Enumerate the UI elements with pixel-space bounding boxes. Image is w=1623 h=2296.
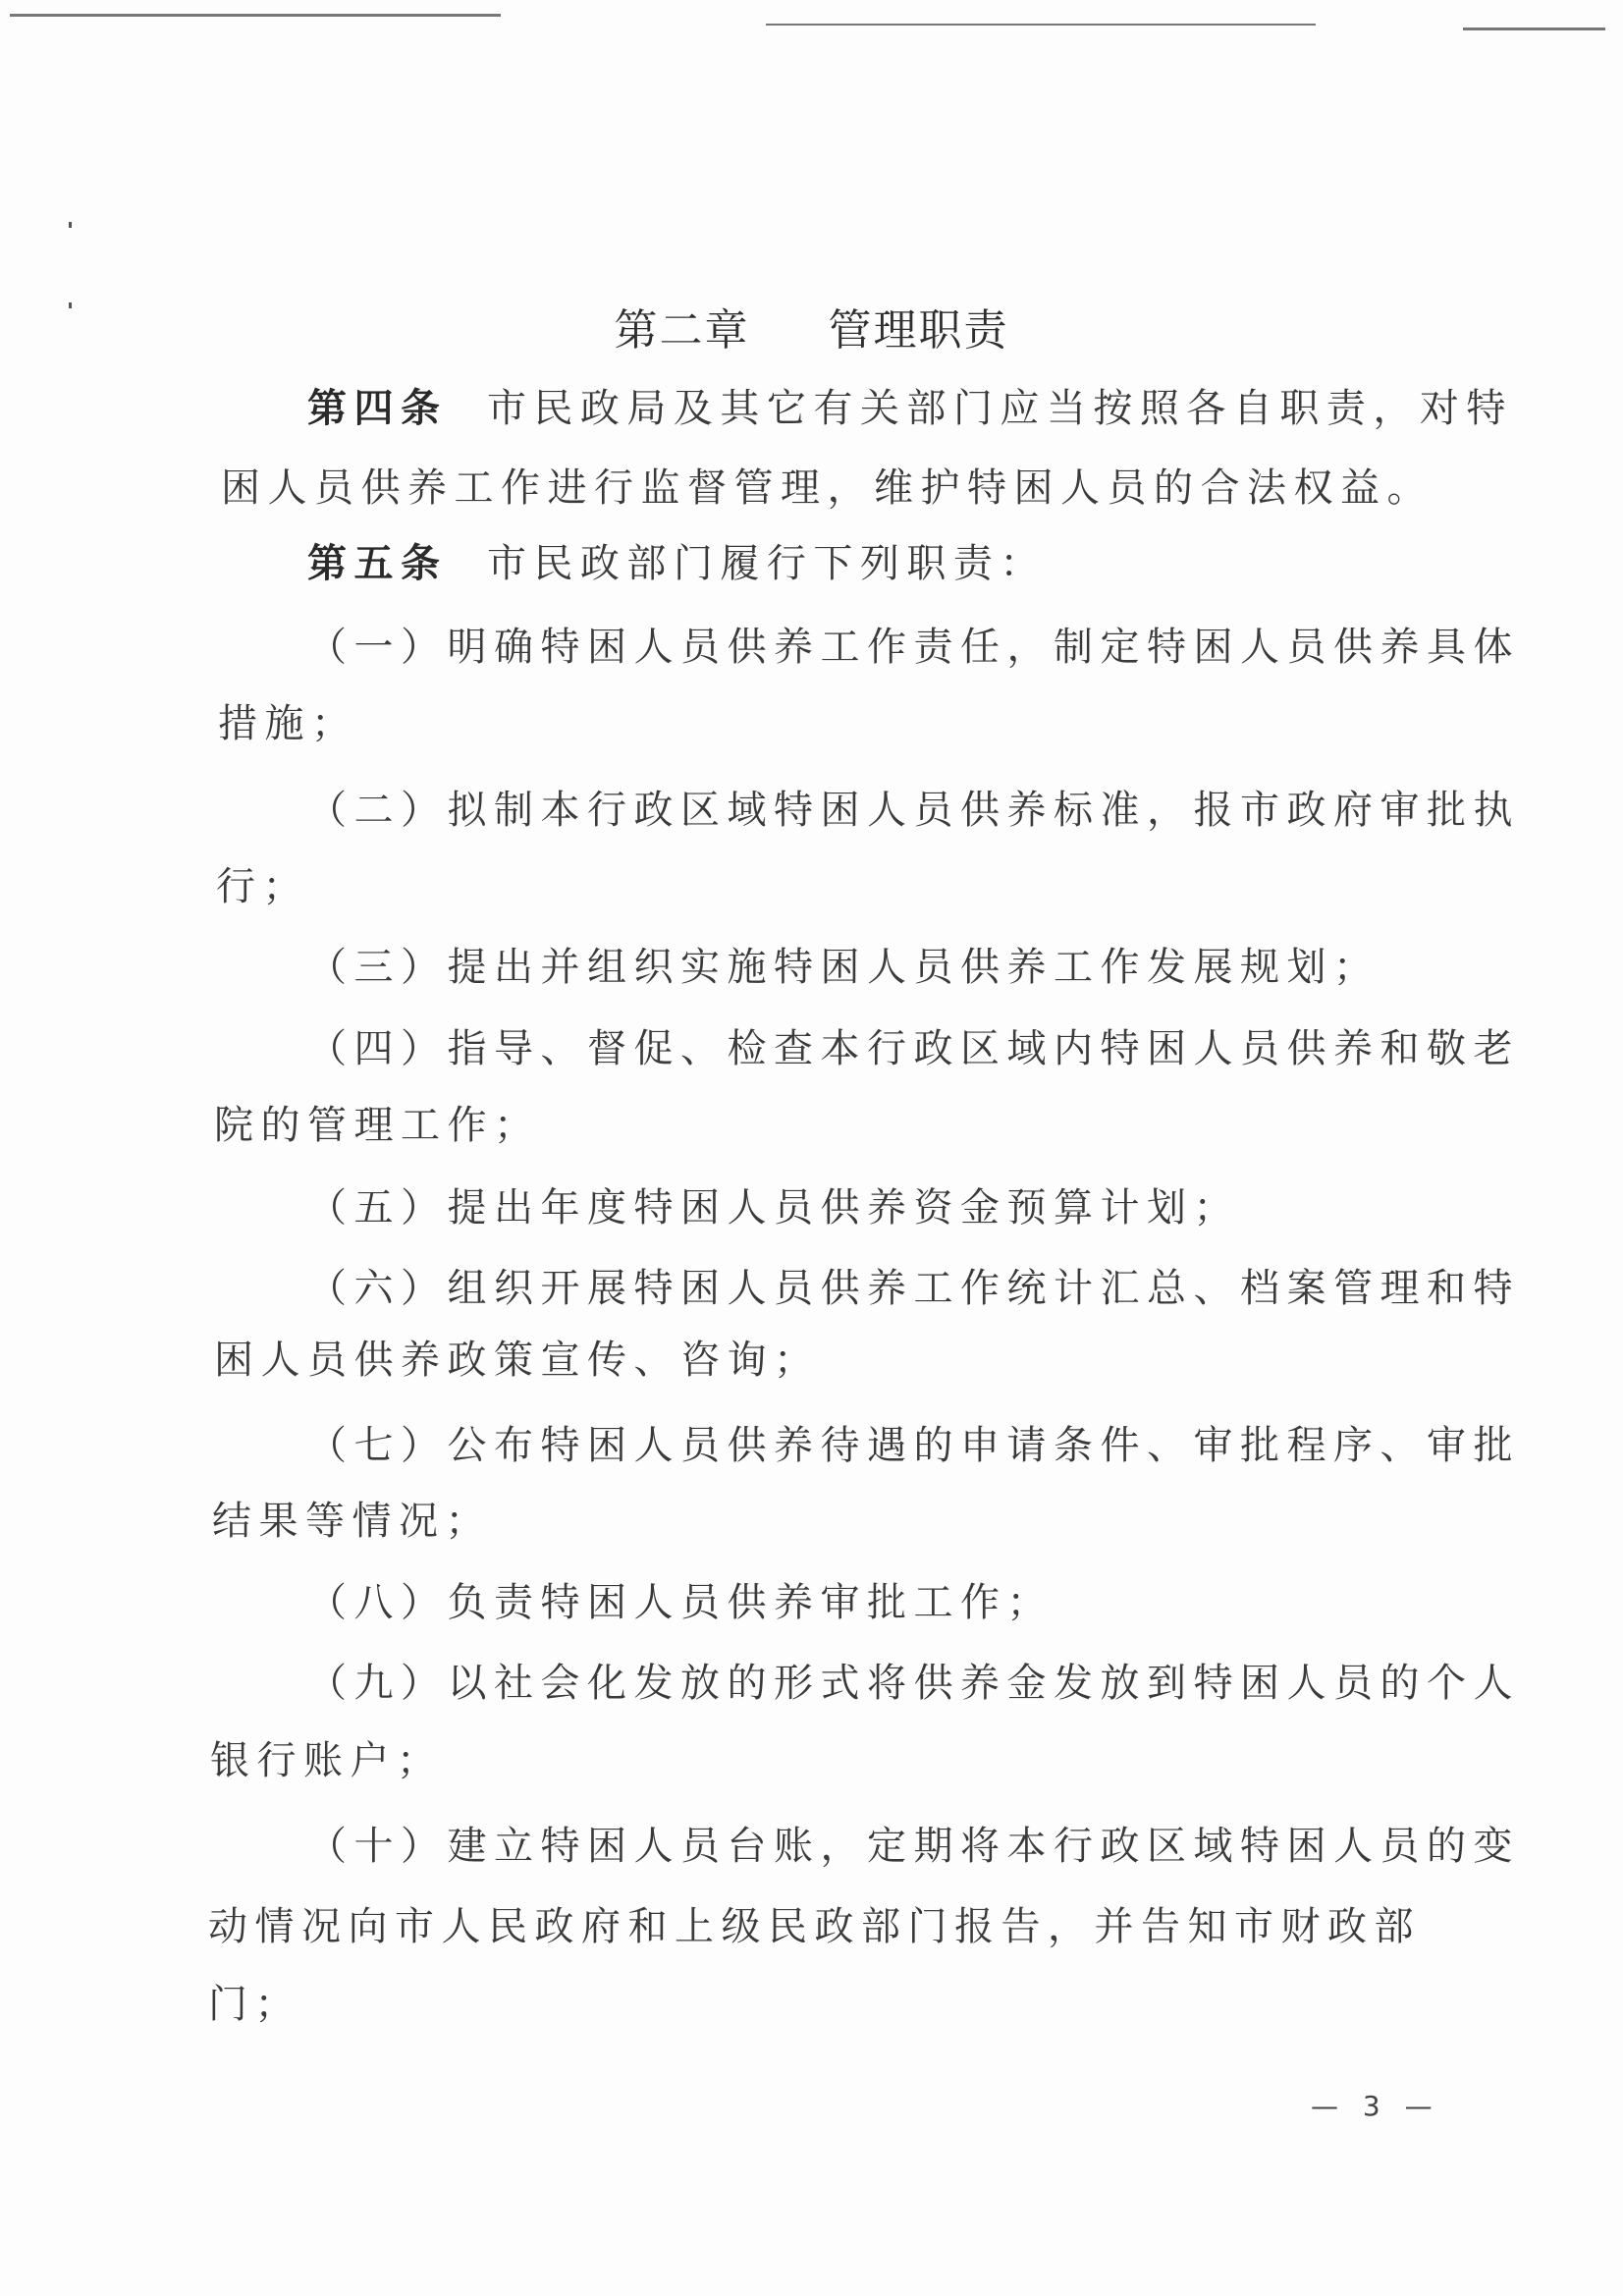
item-5-line-1: （五）提出年度特困人员供养资金预算计划； bbox=[307, 1180, 1240, 1235]
chapter-title: 第二章管理职责 bbox=[0, 295, 1623, 357]
item-10-line-2: 动情况向市人民政府和上级民政部门报告，并告知市财政部 bbox=[208, 1899, 1421, 1954]
scan-artifact-top-right bbox=[1463, 27, 1605, 30]
article-label: 第四条 bbox=[307, 386, 448, 431]
page-number: — 3 — bbox=[1311, 2090, 1440, 2122]
scan-artifact-top-left bbox=[10, 14, 501, 17]
item-7-line-1: （七）公布特困人员供养待遇的申请条件、审批程序、审批 bbox=[307, 1418, 1520, 1473]
item-9-line-1: （九）以社会化发放的形式将供养金发放到特困人员的个人 bbox=[307, 1656, 1520, 1711]
item-10-line-3: 门； bbox=[208, 1977, 301, 2032]
item-7-line-2: 结果等情况； bbox=[212, 1494, 492, 1549]
item-3-line-1: （三）提出并组织实施特困人员供养工作发展规划； bbox=[307, 940, 1380, 995]
chapter-name: 管理职责 bbox=[829, 305, 1009, 355]
item-2-line-1: （二）拟制本行政区域特困人员供养标准，报市政府审批执 bbox=[307, 783, 1520, 838]
article-4-line-2: 困人员供养工作进行监督管理，维护特困人员的合法权益。 bbox=[221, 461, 1434, 516]
article-label: 第五条 bbox=[307, 541, 448, 586]
item-8-line-1: （八）负责特困人员供养审批工作； bbox=[307, 1575, 1054, 1630]
item-1-line-2: 措施； bbox=[218, 696, 358, 751]
item-9-line-2: 银行账户； bbox=[210, 1733, 444, 1788]
article-5-intro: 第五条 市民政部门履行下列职责： bbox=[307, 536, 1047, 591]
article-4-line-1: 第四条 市民政局及其它有关部门应当按照各自职责，对特 bbox=[307, 381, 1513, 436]
item-2-line-2: 行； bbox=[216, 859, 309, 914]
chapter-number: 第二章 bbox=[615, 305, 750, 355]
item-6-line-1: （六）组织开展特困人员供养工作统计汇总、档案管理和特 bbox=[307, 1261, 1520, 1316]
scan-artifact-top-mid bbox=[766, 24, 1316, 26]
scan-mark bbox=[69, 222, 72, 228]
item-4-line-2: 院的管理工作； bbox=[214, 1098, 541, 1153]
item-4-line-1: （四）指导、督促、检查本行政区域内特困人员供养和敬老 bbox=[307, 1021, 1520, 1076]
item-6-line-2: 困人员供养政策宣传、咨询； bbox=[214, 1333, 821, 1388]
item-1-line-1: （一）明确特困人员供养工作责任，制定特困人员供养具体 bbox=[307, 620, 1520, 675]
item-10-line-1: （十）建立特困人员台账，定期将本行政区域特困人员的变 bbox=[307, 1819, 1520, 1874]
